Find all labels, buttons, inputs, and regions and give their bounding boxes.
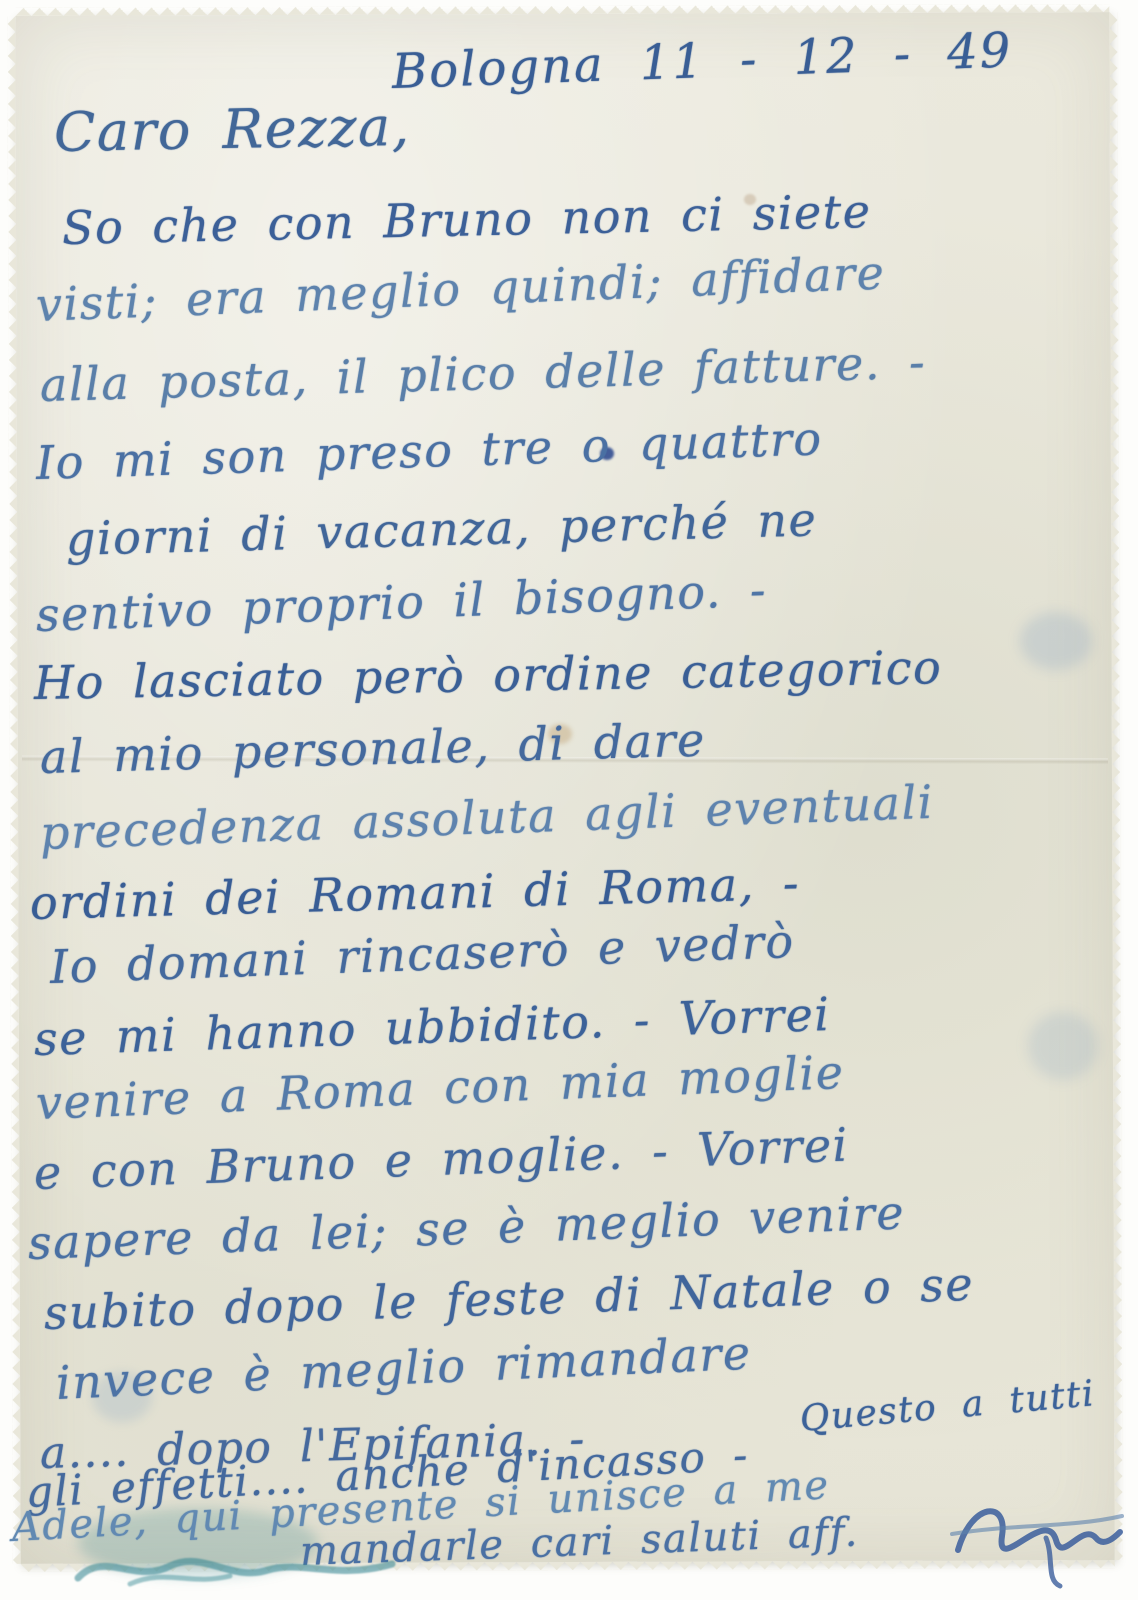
perforated-edge-right [1109,12,1122,1560]
perforated-edge-top [15,4,1109,16]
salutation-line: Caro Rezza, [54,100,411,160]
perforated-edge-left [7,16,20,1564]
letter-scan: Bologna 11 - 12 - 49 Caro Rezza, So che … [0,0,1138,1600]
